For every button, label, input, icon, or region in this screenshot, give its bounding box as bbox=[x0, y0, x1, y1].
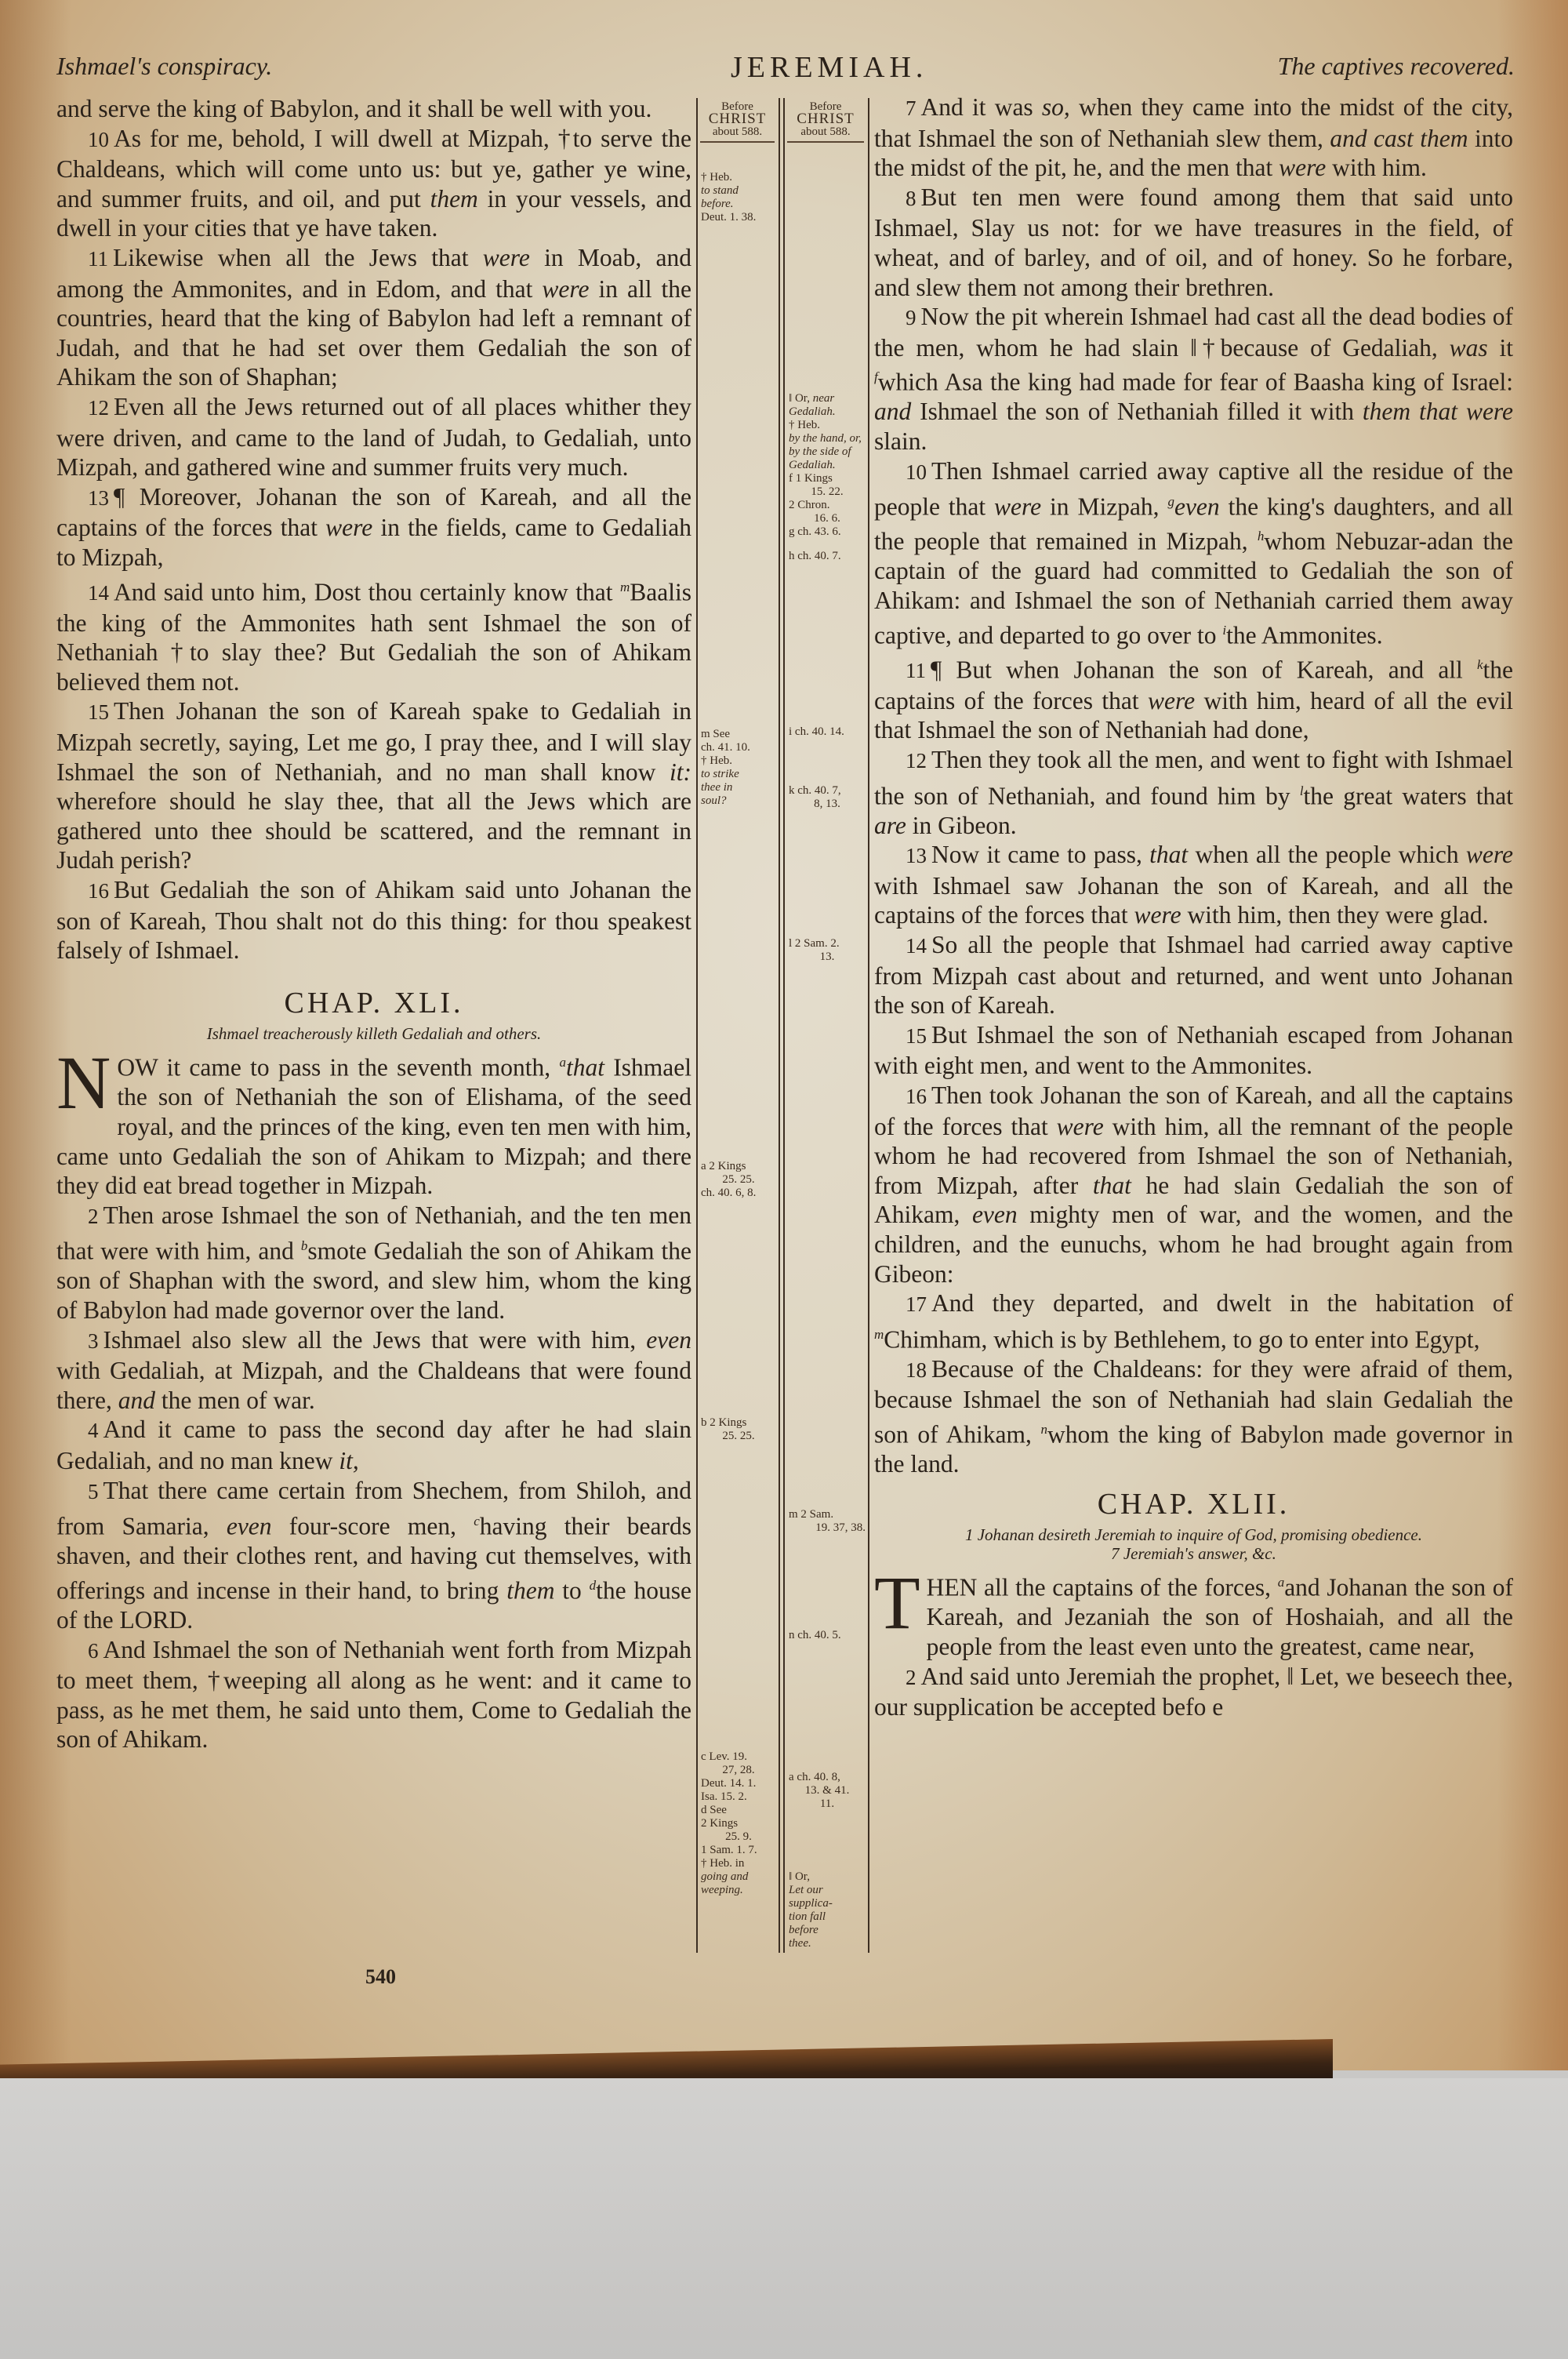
column-rule bbox=[783, 98, 785, 1953]
drop-cap: N bbox=[56, 1052, 111, 1114]
verse-13: 13Now it came to pass, that when all the… bbox=[874, 840, 1513, 930]
chapter-summary: Ishmael treacherously killeth Gedaliah a… bbox=[56, 1024, 691, 1043]
margin-note: c Lev. 19. 27, 28. Deut. 14. 1. Isa. 15.… bbox=[701, 1750, 776, 1897]
margin-note: a ch. 40. 8,13. & 41.11. bbox=[789, 1771, 866, 1811]
chapter-heading: CHAP. XLI. bbox=[56, 989, 691, 1019]
verse-2: 2And said unto Jeremiah the prophet, ‖ L… bbox=[874, 1662, 1513, 1722]
date-box-right: Before CHRIST about 588. bbox=[787, 100, 864, 143]
verse-3: 3Ishmael also slew all the Jews that wer… bbox=[56, 1325, 691, 1416]
verse-8: 8But ten men were found among them that … bbox=[874, 183, 1513, 302]
margin-note: i ch. 40. 14. bbox=[789, 725, 866, 739]
book-title: JEREMIAH. bbox=[731, 50, 927, 85]
verse-7: 7And it was so, when they came into the … bbox=[874, 93, 1513, 183]
verse-12: 12Even all the Jews returned out of all … bbox=[56, 392, 691, 482]
margin-note: ‖ Or, Let our supplica- tion fall before… bbox=[789, 1870, 866, 1950]
chapter-summary: 1 Johanan desireth Jeremiah to inquire o… bbox=[874, 1525, 1513, 1544]
verse-5: 5That there came certain from Shechem, f… bbox=[56, 1476, 691, 1635]
date-christ: CHRIST bbox=[787, 113, 864, 125]
margin-note: ‖ Or, near Gedaliah. † Heb. by the hand,… bbox=[789, 392, 866, 563]
margin-note: m See ch. 41. 10. † Heb. to strike thee … bbox=[701, 728, 776, 808]
page-number: 540 bbox=[365, 1965, 396, 1989]
verse-14: 14So all the people that Ishmael had car… bbox=[874, 930, 1513, 1020]
verse-text: and serve the king of Babylon, and it sh… bbox=[56, 95, 652, 122]
chapter-heading: CHAP. XLII. bbox=[874, 1490, 1513, 1520]
margin-note: † Heb. to stand before. Deut. 1. 38. bbox=[701, 171, 776, 224]
verse-2: 2Then arose Ishmael the son of Nethaniah… bbox=[56, 1201, 691, 1325]
date-box-left: Before CHRIST about 588. bbox=[700, 100, 775, 143]
margin-note: k ch. 40. 7,8, 13. bbox=[789, 784, 866, 811]
verse-11: 11¶ But when Johanan the son of Kareah, … bbox=[874, 650, 1513, 745]
background-surface bbox=[0, 2078, 1568, 2359]
header-left-topic: Ishmael's conspiracy. bbox=[56, 52, 272, 81]
verse-16: 16Then took Johanan the son of Kareah, a… bbox=[874, 1081, 1513, 1289]
left-text-column: and serve the king of Babylon, and it sh… bbox=[56, 94, 691, 1754]
column-rule bbox=[696, 98, 698, 1953]
verse-18: 18Because of the Chaldeans: for they wer… bbox=[874, 1354, 1513, 1479]
column-rule bbox=[779, 98, 780, 1953]
verse-13: 13¶ Moreover, Johanan the son of Kareah,… bbox=[56, 482, 691, 572]
column-rule bbox=[868, 98, 869, 1953]
margin-note: m 2 Sam.19. 37, 38. bbox=[789, 1508, 866, 1535]
right-text-column: 7And it was so, when they came into the … bbox=[874, 93, 1513, 1722]
margin-note: n ch. 40. 5. bbox=[789, 1629, 866, 1642]
verse-12: 12Then they took all the men, and went t… bbox=[874, 745, 1513, 840]
verse-16: 16But Gedaliah the son of Ahikam said un… bbox=[56, 875, 691, 965]
verse-6: 6And Ishmael the son of Nethaniah went f… bbox=[56, 1635, 691, 1754]
verse-15: 15Then Johanan the son of Kareah spake t… bbox=[56, 696, 691, 875]
margin-note: l 2 Sam. 2.13. bbox=[789, 937, 866, 964]
verse-4: 4And it came to pass the second day afte… bbox=[56, 1415, 691, 1475]
verse-15: 15But Ishmael the son of Nethaniah escap… bbox=[874, 1020, 1513, 1081]
running-header: Ishmael's conspiracy. JEREMIAH. The capt… bbox=[56, 50, 1515, 89]
verse-10: 10As for me, behold, I will dwell at Miz… bbox=[56, 124, 691, 243]
header-right-topic: The captives recovered. bbox=[1278, 52, 1515, 81]
margin-note: b 2 Kings 25. 25. bbox=[701, 1416, 776, 1443]
date-about: about 588. bbox=[787, 125, 864, 138]
verse-10: 10Then Ishmael carried away captive all … bbox=[874, 456, 1513, 650]
verse-11: 11Likewise when all the Jews that were i… bbox=[56, 243, 691, 392]
verse-1: THEN all the captains of the forces, aan… bbox=[874, 1568, 1513, 1661]
chapter-summary: 7 Jeremiah's answer, &c. bbox=[874, 1544, 1513, 1563]
verse-9: 9Now the pit wherein Ishmael had cast al… bbox=[874, 302, 1513, 456]
book-page: Ishmael's conspiracy. JEREMIAH. The capt… bbox=[0, 0, 1568, 2070]
date-christ: CHRIST bbox=[700, 113, 775, 125]
verse-17: 17And they departed, and dwelt in the ha… bbox=[874, 1289, 1513, 1354]
verse-14: 14And said unto him, Dost thou certainly… bbox=[56, 572, 691, 697]
margin-note: a 2 Kings 25. 25. ch. 40. 6, 8. bbox=[701, 1160, 776, 1200]
drop-cap: T bbox=[874, 1572, 920, 1634]
verse-1: NOW it came to pass in the seventh month… bbox=[56, 1048, 691, 1200]
date-about: about 588. bbox=[700, 125, 775, 138]
